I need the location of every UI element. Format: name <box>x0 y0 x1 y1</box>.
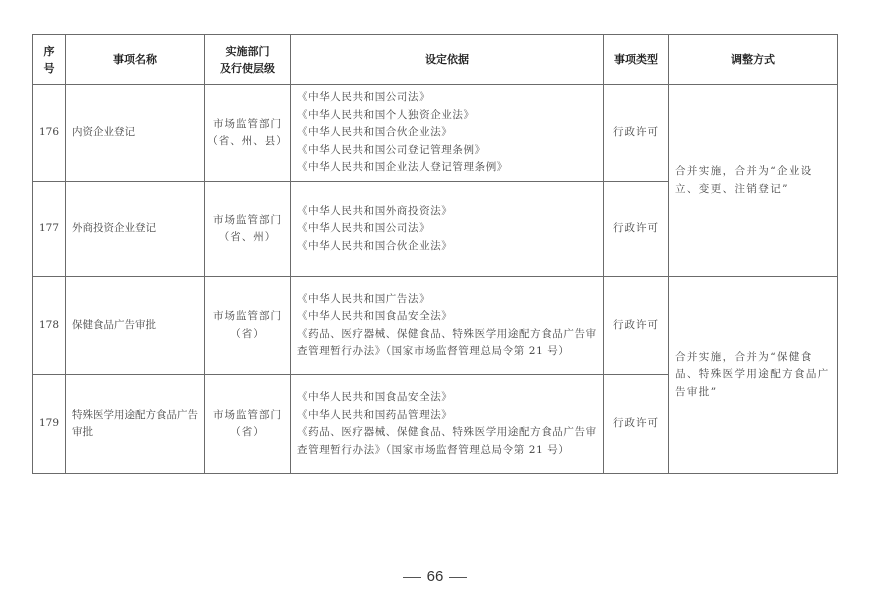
header-type-label: 事项类型 <box>614 53 658 66</box>
basis-item: 《中华人民共和国合伙企业法》 <box>297 124 597 142</box>
cell-name: 外商投资企业登记 <box>66 182 205 277</box>
cell-dept: 市场监管部门 （省、州、县） <box>205 85 291 182</box>
cell-type: 行政许可 <box>604 85 669 182</box>
header-name: 事项名称 <box>66 35 205 85</box>
cell-dept: 市场监管部门 （省） <box>205 375 291 474</box>
cell-no: 178 <box>33 277 66 375</box>
header-dept-label: 实施部门 及行使层级 <box>220 45 275 75</box>
basis-item: 《中华人民共和国公司法》 <box>297 220 597 238</box>
cell-basis: 《中华人民共和国公司法》 《中华人民共和国个人独资企业法》 《中华人民共和国合伙… <box>291 85 604 182</box>
header-adjust: 调整方式 <box>669 35 838 85</box>
header-name-label: 事项名称 <box>113 53 157 66</box>
header-basis: 设定依据 <box>291 35 604 85</box>
header-adjust-label: 调整方式 <box>731 53 775 66</box>
header-no: 序 号 <box>33 35 66 85</box>
basis-item: 《中华人民共和国食品安全法》 <box>297 308 597 326</box>
adjustment-table: 序 号 事项名称 实施部门 及行使层级 设定依据 事项类型 调整方式 176 内… <box>32 34 838 474</box>
page-footer: 66 <box>0 568 870 585</box>
basis-item: 《中华人民共和国广告法》 <box>297 291 597 309</box>
basis-item: 《中华人民共和国个人独资企业法》 <box>297 107 597 125</box>
cell-basis: 《中华人民共和国广告法》 《中华人民共和国食品安全法》 《药品、医疗器械、保健食… <box>291 277 604 375</box>
cell-basis: 《中华人民共和国外商投资法》 《中华人民共和国公司法》 《中华人民共和国合伙企业… <box>291 182 604 277</box>
cell-name: 特殊医学用途配方食品广告审批 <box>66 375 205 474</box>
header-dept: 实施部门 及行使层级 <box>205 35 291 85</box>
cell-basis: 《中华人民共和国食品安全法》 《中华人民共和国药品管理法》 《药品、医疗器械、保… <box>291 375 604 474</box>
cell-no: 176 <box>33 85 66 182</box>
cell-dept: 市场监管部门 （省） <box>205 277 291 375</box>
cell-no: 177 <box>33 182 66 277</box>
cell-type: 行政许可 <box>604 277 669 375</box>
basis-item: 《药品、医疗器械、保健食品、特殊医学用途配方食品广告审查管理暂行办法》（国家市场… <box>297 326 597 361</box>
cell-type: 行政许可 <box>604 375 669 474</box>
dash-left <box>403 577 421 578</box>
basis-item: 《中华人民共和国企业法人登记管理条例》 <box>297 159 597 177</box>
header-no-label: 序 号 <box>44 45 55 75</box>
basis-item: 《中华人民共和国公司法》 <box>297 89 597 107</box>
cell-name: 保健食品广告审批 <box>66 277 205 375</box>
cell-adjust-merged: 合并实施，合并为“保健食品、特殊医学用途配方食品广告审批” <box>669 277 838 474</box>
table-row: 178 保健食品广告审批 市场监管部门 （省） 《中华人民共和国广告法》 《中华… <box>33 277 838 375</box>
dash-right <box>449 577 467 578</box>
header-basis-label: 设定依据 <box>425 53 469 66</box>
table-header-row: 序 号 事项名称 实施部门 及行使层级 设定依据 事项类型 调整方式 <box>33 35 838 85</box>
cell-type: 行政许可 <box>604 182 669 277</box>
cell-adjust-merged: 合并实施，合并为“企业设立、变更、注销登记” <box>669 85 838 277</box>
header-type: 事项类型 <box>604 35 669 85</box>
basis-item: 《中华人民共和国合伙企业法》 <box>297 238 597 256</box>
basis-item: 《中华人民共和国公司登记管理条例》 <box>297 142 597 160</box>
cell-no: 179 <box>33 375 66 474</box>
table-row: 176 内资企业登记 市场监管部门 （省、州、县） 《中华人民共和国公司法》 《… <box>33 85 838 182</box>
cell-dept: 市场监管部门 （省、州） <box>205 182 291 277</box>
basis-item: 《中华人民共和国食品安全法》 <box>297 389 597 407</box>
cell-name: 内资企业登记 <box>66 85 205 182</box>
basis-item: 《药品、医疗器械、保健食品、特殊医学用途配方食品广告审查管理暂行办法》（国家市场… <box>297 424 597 459</box>
page-number: 66 <box>427 568 444 585</box>
basis-item: 《中华人民共和国药品管理法》 <box>297 407 597 425</box>
basis-item: 《中华人民共和国外商投资法》 <box>297 203 597 221</box>
